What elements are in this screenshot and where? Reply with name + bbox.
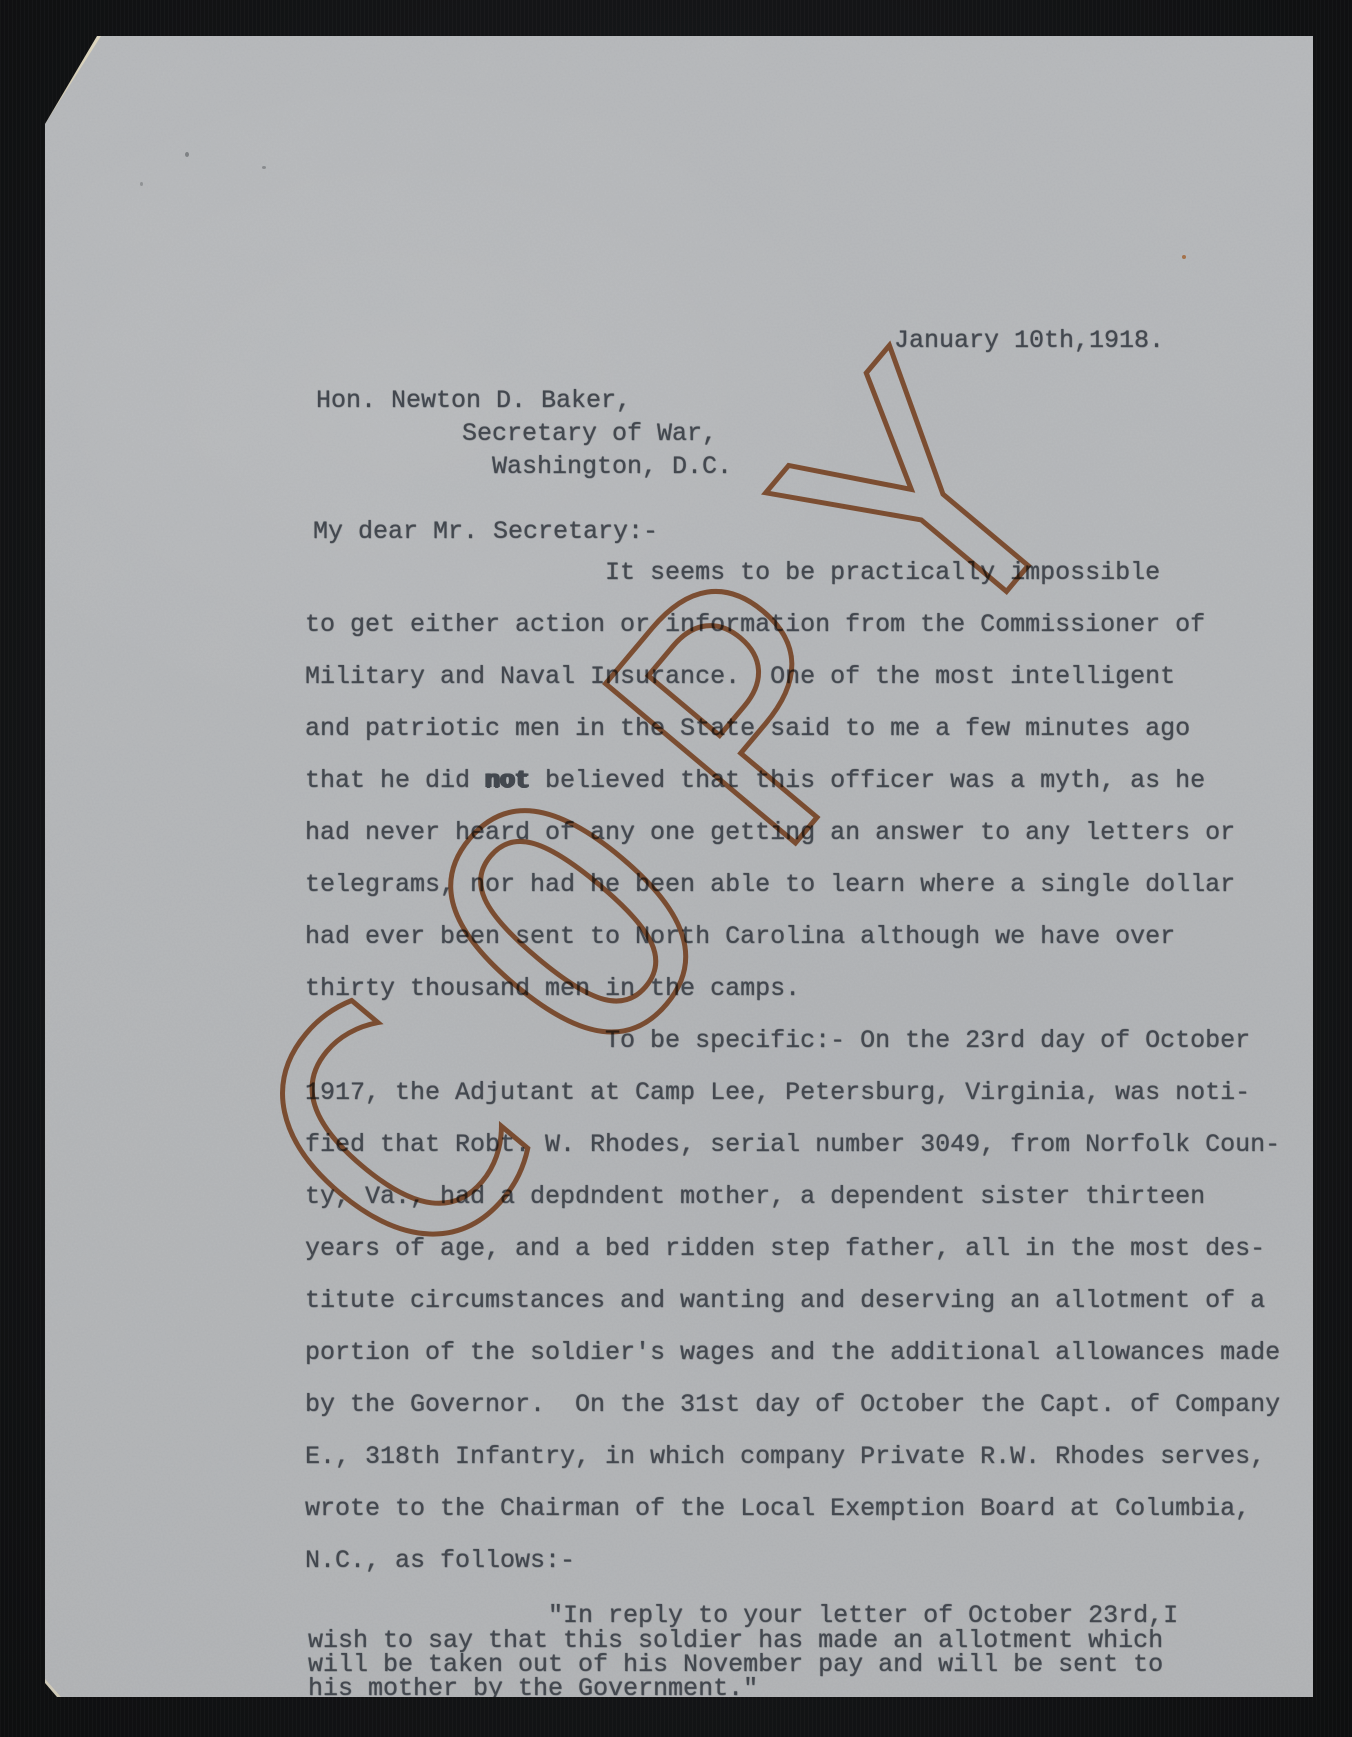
folded-corner [45, 36, 101, 124]
bottom-corner-chip [45, 1679, 61, 1697]
body-line: It seems to be practically impossible [305, 560, 1160, 585]
body-line: ty, Va., had a depdndent mother, a depen… [305, 1184, 1205, 1209]
body-line: by the Governor. On the 31st day of Octo… [305, 1392, 1280, 1417]
body-line: telegrams, nor had he been able to learn… [305, 872, 1235, 897]
scan-background: January 10th,1918.Hon. Newton D. Baker,S… [0, 0, 1352, 1737]
paper-speck [262, 166, 266, 169]
body-line: had never heard of any one getting an an… [305, 820, 1235, 845]
body-line: years of age, and a bed ridden step fath… [305, 1236, 1265, 1261]
paper-speck [185, 152, 189, 157]
body-line: and patriotic men in the State said to m… [305, 716, 1190, 741]
letter-page: January 10th,1918.Hon. Newton D. Baker,S… [45, 36, 1313, 1697]
salutation-line: My dear Mr. Secretary:- [313, 519, 658, 544]
quote-line: his mother by the Government." [308, 1676, 758, 1701]
address-line: Washington, D.C. [492, 454, 732, 479]
body-line: To be specific:- On the 23rd day of Octo… [305, 1028, 1250, 1053]
body-line: wrote to the Chairman of the Local Exemp… [305, 1496, 1250, 1521]
body-line: Military and Naval Insurance. One of the… [305, 664, 1175, 689]
paper-speck [1182, 255, 1186, 259]
body-line: E., 318th Infantry, in which company Pri… [305, 1444, 1265, 1469]
body-line: thirty thousand men in the camps. [305, 976, 800, 1001]
body-line: that he did not believed that this offic… [305, 768, 1205, 793]
body-line: had ever been sent to North Carolina alt… [305, 924, 1175, 949]
body-line: N.C., as follows:- [305, 1548, 575, 1573]
quote-line: "In reply to your letter of October 23rd… [308, 1603, 1178, 1628]
address-line: Secretary of War, [462, 421, 717, 446]
body-line: 1917, the Adjutant at Camp Lee, Petersbu… [305, 1080, 1250, 1105]
body-line: portion of the soldier's wages and the a… [305, 1340, 1280, 1365]
body-line: fied that Robt. W. Rhodes, serial number… [305, 1132, 1280, 1157]
paper-speck [140, 182, 143, 186]
body-line: to get either action or information from… [305, 612, 1205, 637]
address-line: Hon. Newton D. Baker, [316, 388, 631, 413]
date-line: January 10th,1918. [894, 328, 1164, 353]
body-line: titute circumstances and wanting and des… [305, 1288, 1265, 1313]
